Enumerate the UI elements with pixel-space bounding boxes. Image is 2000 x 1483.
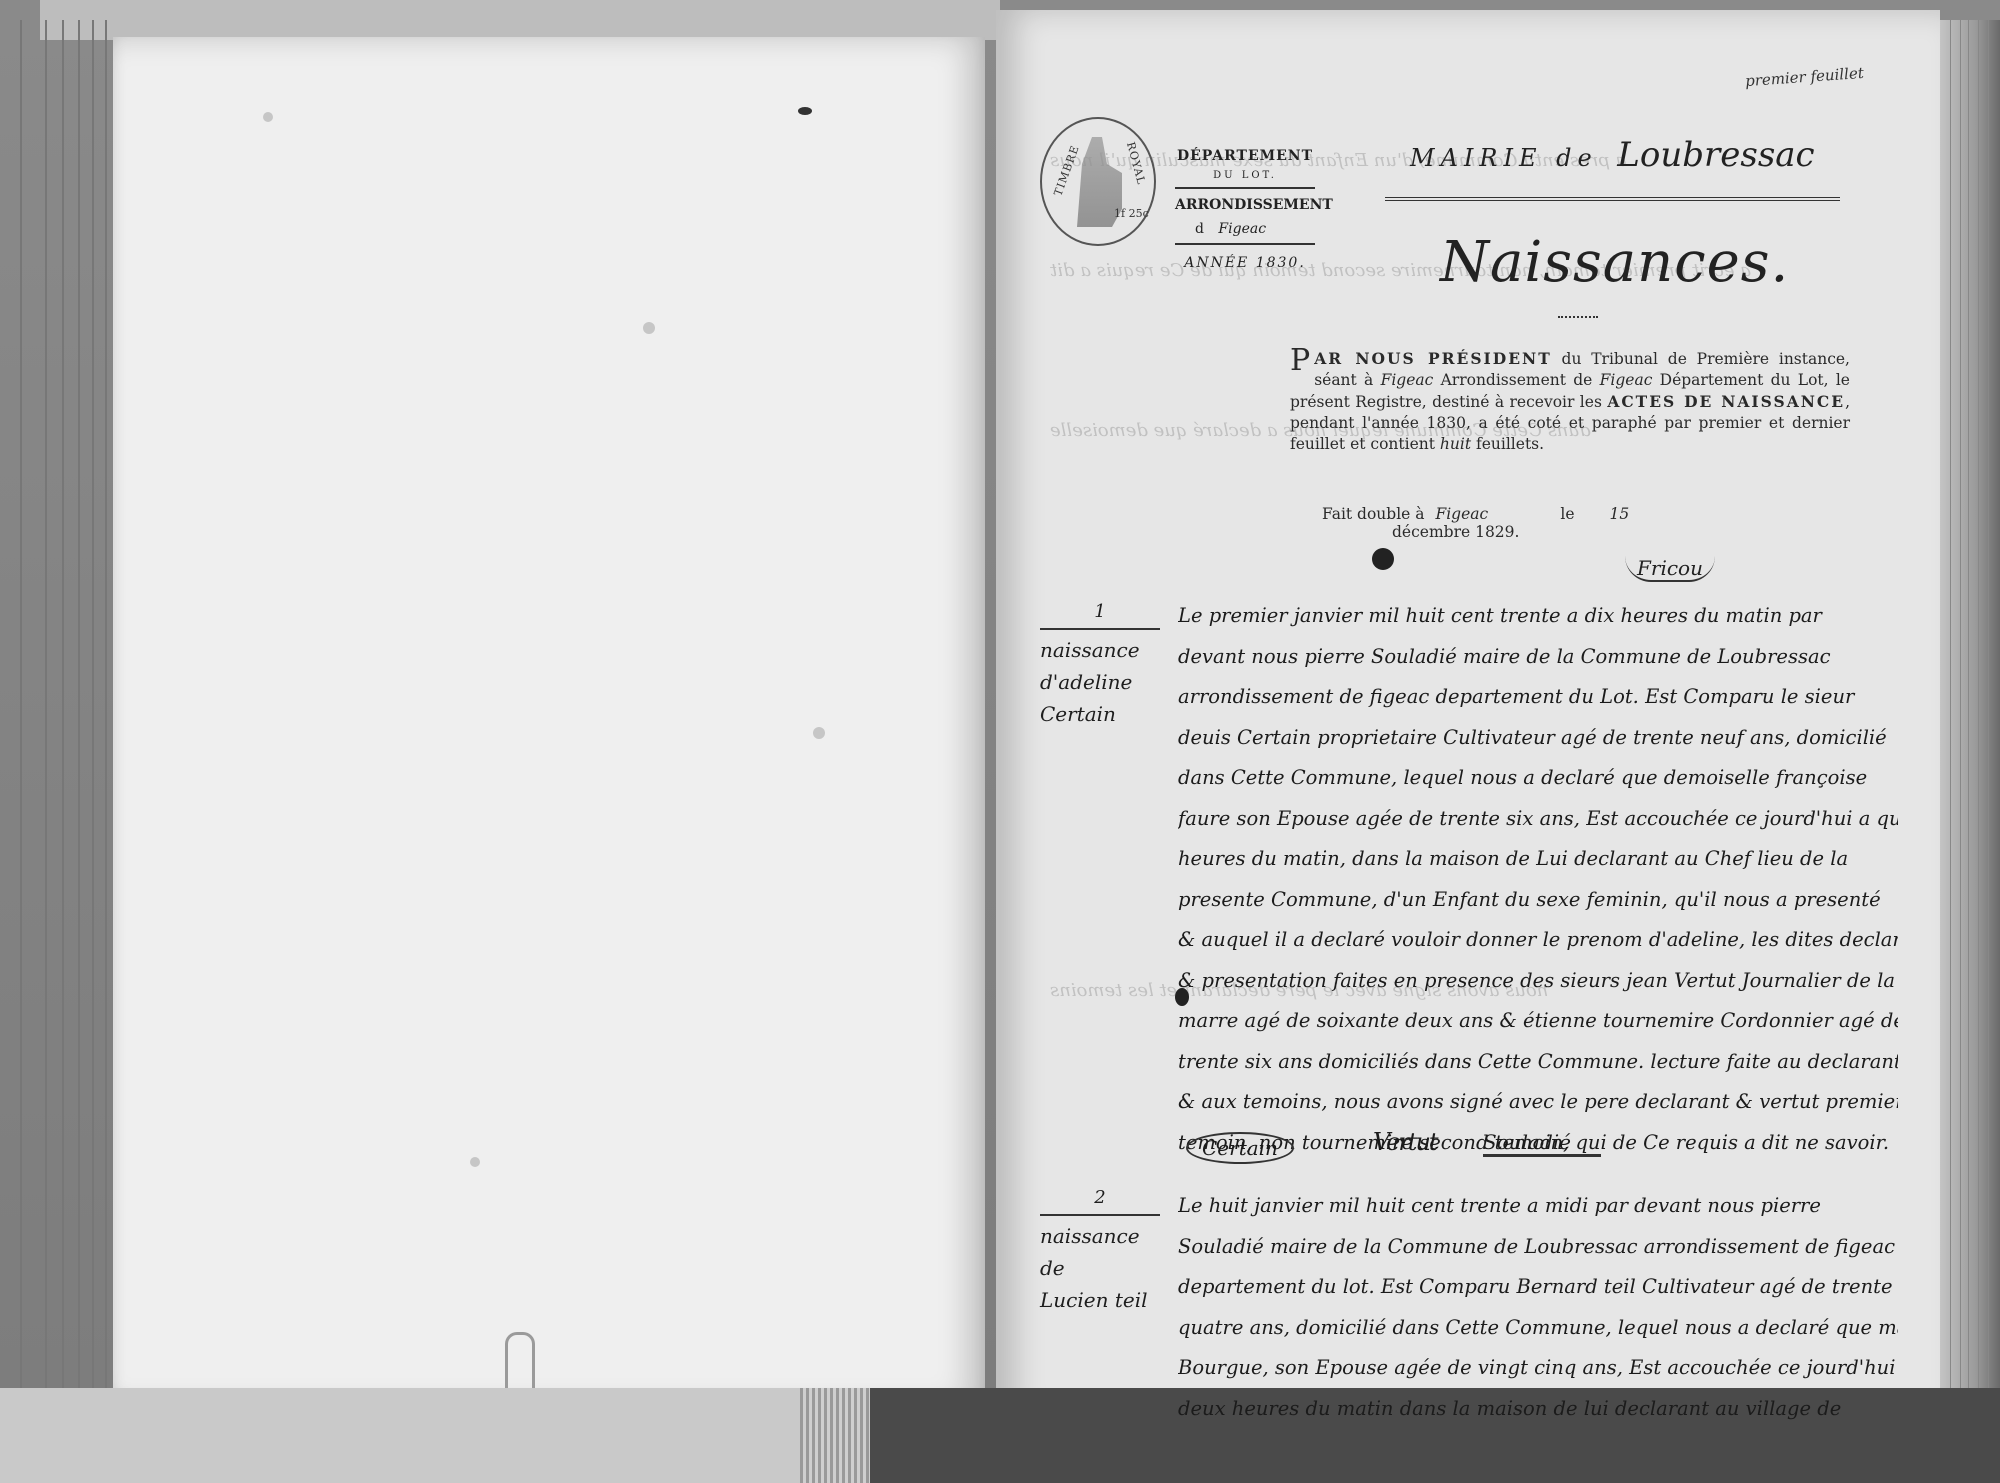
margin-title-line: d'adeline	[1040, 666, 1160, 698]
register-title: Naissances.	[1440, 230, 1789, 295]
stamp-right-text: ROYAL	[1124, 141, 1148, 187]
handwritten-line: quatre ans, domicilié dans Cette Commune…	[1178, 1308, 1898, 1349]
left-page-stack-edges	[0, 20, 120, 1410]
arrondissement-line: d Figeac	[1175, 221, 1315, 237]
margin-title-line: Certain	[1040, 698, 1160, 730]
divider	[1175, 187, 1315, 189]
divider	[1175, 243, 1315, 245]
book-bottom-edge	[0, 1388, 800, 1483]
printed-text: feuillets.	[1471, 435, 1544, 453]
drop-cap: P	[1290, 348, 1310, 374]
acts-label: ACTES DE NAISSANCE	[1607, 392, 1845, 411]
made-prefix: Fait double à	[1322, 505, 1425, 523]
arrondissement-value: Figeac	[1218, 221, 1266, 237]
handwritten-line: departement du lot. Est Comparu Bernard …	[1178, 1267, 1898, 1308]
royal-stamp-seal: TIMBRE ROYAL 1f 25c	[1040, 117, 1156, 246]
handwritten-line: presente Commune, d'un Enfant du sexe fe…	[1178, 880, 1898, 921]
entry-1-signatures: Certain Vertut Souladié	[1178, 1128, 1678, 1178]
handwritten-line: devant nous pierre Souladié maire de la …	[1178, 637, 1898, 678]
departement-value: DU LOT.	[1175, 170, 1315, 181]
printed-text: Arrondissement de	[1433, 371, 1599, 389]
signature-mayor: Souladié	[1483, 1130, 1601, 1157]
right-page-stack-edges	[1940, 20, 2000, 1410]
handwritten-line: marre agé de soixante deux ans & étienne…	[1178, 1001, 1898, 1042]
paper-stain	[813, 727, 825, 739]
handwritten-line: faure son Epouse agée de trente six ans,…	[1178, 799, 1898, 840]
entry-number: 1	[1040, 596, 1160, 630]
handwritten-line: arrondissement de figeac departement du …	[1178, 677, 1898, 718]
entry-2-margin: 2 naissance de Lucien teil	[1040, 1182, 1160, 1316]
entry-1-text: Le premier janvier mil huit cent trente …	[1178, 596, 1898, 1163]
margin-title-line: naissance	[1040, 634, 1160, 666]
handwritten-line: & aux temoins, nous avons signé avec le …	[1178, 1082, 1898, 1123]
sheet-count: huit	[1440, 435, 1471, 453]
handwritten-line: Bourgue, son Epouse agée de vingt cinq a…	[1178, 1348, 1898, 1389]
commune-name: Loubressac	[1617, 135, 1814, 175]
arrondissement-prefix: d	[1195, 221, 1204, 237]
made-place: Figeac	[1435, 505, 1525, 523]
handwritten-line: Souladié maire de la Commune de Loubress…	[1178, 1227, 1898, 1268]
stamp-left-text: TIMBRE	[1051, 143, 1081, 198]
year-label: ANNÉE 1830.	[1175, 255, 1315, 271]
handwritten-line: deux heures du matin dans la maison de l…	[1178, 1389, 1898, 1430]
stamp-value: 1f 25c	[1114, 207, 1149, 220]
signature-witness: Vertut	[1373, 1128, 1437, 1156]
title-ornament	[1558, 316, 1598, 318]
book-spine-pages	[800, 1388, 870, 1483]
mairie-heading: MAIRIE de Loubressac	[1410, 135, 1815, 175]
mairie-label: MAIRIE de	[1410, 144, 1598, 172]
paper-stain	[263, 112, 273, 122]
entry-number: 2	[1040, 1182, 1160, 1216]
handwritten-line: deuis Certain proprietaire Cultivateur a…	[1178, 718, 1898, 759]
ink-blot	[1175, 988, 1189, 1006]
margin-title-line: naissance de	[1040, 1220, 1160, 1284]
departement-label: DÉPARTEMENT	[1175, 148, 1315, 164]
handwritten-line: heures du matin, dans la maison de Lui d…	[1178, 839, 1898, 880]
made-month-year: décembre 1829.	[1392, 523, 1519, 541]
handwritten-line: & auquel il a declaré vouloir donner le …	[1178, 920, 1898, 961]
admin-header: DÉPARTEMENT DU LOT. ARRONDISSEMENT d Fig…	[1175, 148, 1315, 271]
made-day: 15	[1609, 505, 1699, 523]
entry-2-text: Le huit janvier mil huit cent trente a m…	[1178, 1186, 1898, 1429]
paper-stain	[470, 1157, 480, 1167]
paper-stain	[643, 322, 655, 334]
president-paraphe: Fricou	[1625, 556, 1715, 582]
seat-value: Figeac	[1381, 371, 1434, 389]
arrondissement-label: ARRONDISSEMENT	[1175, 197, 1315, 213]
book-top-edge	[40, 0, 1000, 42]
paper-mark	[798, 107, 812, 115]
handwritten-line: dans Cette Commune, lequel nous a declar…	[1178, 758, 1898, 799]
printed-certification-paragraph: PAR NOUS PRÉSIDENT du Tribunal de Premiè…	[1290, 348, 1850, 455]
margin-title-line: Lucien teil	[1040, 1284, 1160, 1316]
double-rule	[1385, 197, 1840, 201]
handwritten-line: Le huit janvier mil huit cent trente a m…	[1178, 1186, 1898, 1227]
lead-text: AR NOUS PRÉSIDENT	[1314, 349, 1552, 368]
handwritten-line: trente six ans domiciliés dans Cette Com…	[1178, 1042, 1898, 1083]
ink-blot	[1372, 548, 1394, 570]
handwritten-line: & presentation faites en presence des si…	[1178, 961, 1898, 1002]
arrondissement-handwritten: Figeac	[1600, 371, 1653, 389]
left-page-blank	[113, 37, 985, 1407]
signature-father: Certain	[1186, 1132, 1294, 1164]
entry-1-margin: 1 naissance d'adeline Certain	[1040, 596, 1160, 730]
made-le: le	[1560, 505, 1574, 523]
handwritten-line: Le premier janvier mil huit cent trente …	[1178, 596, 1898, 637]
made-at-line: Fait double à Figeac le 15 décembre 1829…	[1322, 505, 1852, 541]
